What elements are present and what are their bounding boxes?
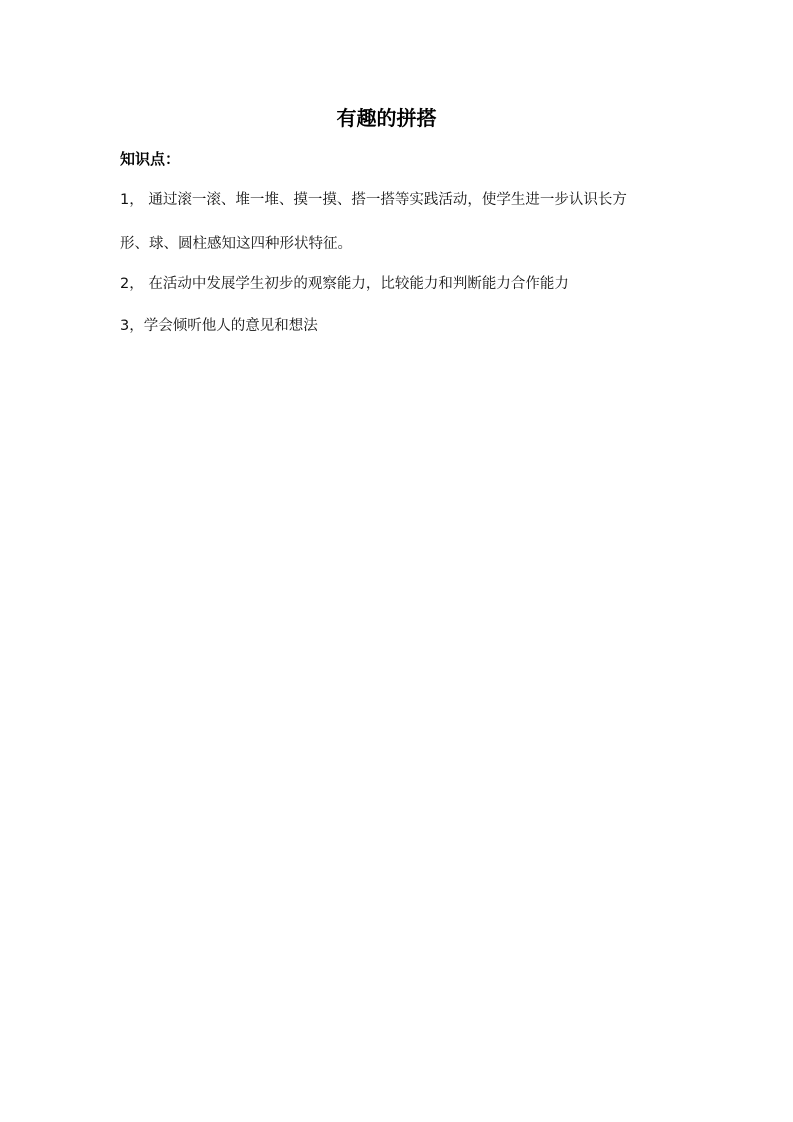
point-1-line-1: 1， 通过滚一滚、堆一堆、摸一摸、搭一搭等实践活动，使学生进一步认识长方 (120, 189, 627, 211)
document-page: 有趣的拼搭 知识点： 1， 通过滚一滚、堆一堆、摸一摸、搭一搭等实践活动，使学生… (0, 0, 793, 1122)
point-1-line-2: 形、球、圆柱感知这四种形状特征。 (120, 233, 352, 255)
document-title: 有趣的拼搭 (0, 104, 773, 132)
point-2: 2， 在活动中发展学生初步的观察能力，比较能力和判断能力合作能力 (120, 273, 569, 295)
point-3: 3，学会倾听他人的意见和想法 (120, 315, 318, 337)
section-heading: 知识点： (120, 148, 180, 170)
